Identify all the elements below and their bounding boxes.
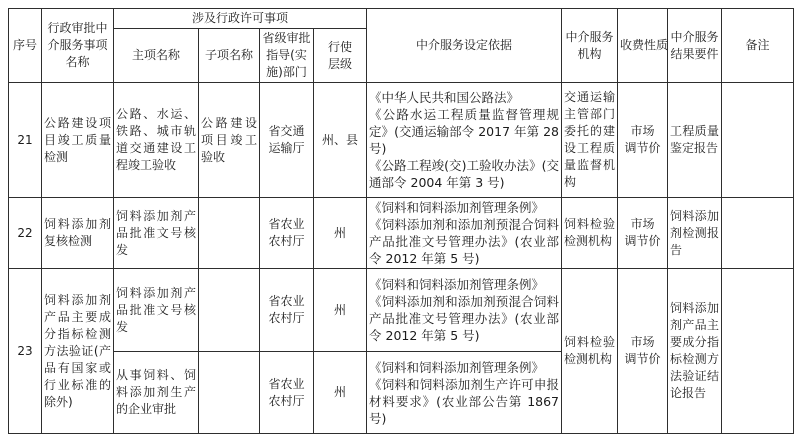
cell-level: 州 xyxy=(314,198,367,269)
cell-sub-item xyxy=(199,198,260,269)
basis-line: 《饲料添加剂和添加剂预混合饲料产品批准文号管理办法》(农业部令 2012 年第 … xyxy=(369,216,559,267)
col-header-main-item: 主项名称 xyxy=(114,29,199,83)
table-row-23a: 23 饲料添加剂产品主要成分指标检测方法验证(产品有国家或行业标准的除外) 饲料… xyxy=(9,269,794,352)
intermediary-services-table: 序号 行政审批中介服务事项名称 涉及行政许可事项 中介服务设定依据 中介服务机构… xyxy=(8,8,794,434)
cell-dept: 省农业 农村厅 xyxy=(260,352,314,434)
cell-basis: 《中华人民共和国公路法》 《公路水运工程质量监督管理规定》(交通运输部令 201… xyxy=(367,83,562,198)
col-header-provincial-dept: 省级审批指导(实施)部门 xyxy=(260,29,314,83)
cell-basis: 《饲料和饲料添加剂管理条例》 《饲料添加剂和添加剂预混合饲料产品批准文号管理办法… xyxy=(367,269,562,352)
table-row-21: 21 公路建设项目竣工质量检测 公路、水运、铁路、城市轨道交通建设工程竣工验收 … xyxy=(9,83,794,198)
basis-line: 《饲料和饲料添加剂管理条例》 xyxy=(369,199,559,216)
cell-sub-item xyxy=(199,269,260,352)
cell-remark xyxy=(722,269,794,434)
table-row-22: 22 饲料添加剂复核检测 饲料添加剂产品批准文号核发 省农业 农村厅 州 《饲料… xyxy=(9,198,794,269)
cell-sub-item xyxy=(199,352,260,434)
col-header-result: 中介服务结果要件 xyxy=(668,9,722,83)
col-header-remark: 备注 xyxy=(722,9,794,83)
basis-line: 《公路水运工程质量监督管理规定》(交通运输部令 2017 年第 28 号) xyxy=(369,106,559,157)
col-header-basis: 中介服务设定依据 xyxy=(367,9,562,83)
cell-fee: 市场 调节价 xyxy=(618,83,668,198)
col-header-agency: 中介服务机构 xyxy=(562,9,618,83)
cell-basis: 《饲料和饲料添加剂管理条例》 《饲料添加剂和添加剂预混合饲料产品批准文号管理办法… xyxy=(367,198,562,269)
cell-main-item: 饲料添加剂产品批准文号核发 xyxy=(114,269,199,352)
col-header-licensing-group: 涉及行政许可事项 xyxy=(114,9,367,29)
basis-line: 《公路工程竣(交)工验收办法》(交通部令 2004 年第 3 号) xyxy=(369,157,559,191)
cell-level: 州 xyxy=(314,352,367,434)
col-header-serial: 序号 xyxy=(9,9,42,83)
cell-main-item: 饲料添加剂产品批准文号核发 xyxy=(114,198,199,269)
basis-line: 《中华人民共和国公路法》 xyxy=(369,89,559,106)
cell-service-name: 饲料添加剂复核检测 xyxy=(42,198,114,269)
col-header-exercise-level: 行使 层级 xyxy=(314,29,367,83)
cell-basis: 《饲料和饲料添加剂管理条例》 《饲料和饲料添加剂生产许可申报材料要求》(农业部公… xyxy=(367,352,562,434)
cell-service-name: 公路建设项目竣工质量检测 xyxy=(42,83,114,198)
basis-line: 《饲料和饲料添加剂生产许可申报材料要求》(农业部公告第 1867 号) xyxy=(369,376,559,427)
col-header-service-name: 行政审批中介服务事项名称 xyxy=(42,9,114,83)
cell-main-item: 从事饲料、饲料添加剂生产的企业审批 xyxy=(114,352,199,434)
cell-serial: 23 xyxy=(9,269,42,434)
cell-serial: 21 xyxy=(9,83,42,198)
cell-sub-item: 公路建设项目竣工验收 xyxy=(199,83,260,198)
cell-remark xyxy=(722,83,794,198)
col-header-sub-item: 子项名称 xyxy=(199,29,260,83)
header-row-group: 序号 行政审批中介服务事项名称 涉及行政许可事项 中介服务设定依据 中介服务机构… xyxy=(9,9,794,29)
cell-serial: 22 xyxy=(9,198,42,269)
cell-agency: 交通运输主管部门委托的建设工程质量监督机构 xyxy=(562,83,618,198)
basis-line: 《饲料和饲料添加剂管理条例》 xyxy=(369,276,559,293)
cell-level: 州 xyxy=(314,269,367,352)
basis-line: 《饲料和饲料添加剂管理条例》 xyxy=(369,359,559,376)
cell-agency: 饲料检验检测机构 xyxy=(562,198,618,269)
cell-dept: 省交通 运输厅 xyxy=(260,83,314,198)
cell-service-name: 饲料添加剂产品主要成分指标检测方法验证(产品有国家或行业标准的除外) xyxy=(42,269,114,434)
cell-level: 州、县 xyxy=(314,83,367,198)
basis-line: 《饲料添加剂和添加剂预混合饲料产品批准文号管理办法》(农业部令 2012 年第 … xyxy=(369,293,559,344)
col-header-fee-nature: 收费性质 xyxy=(618,9,668,83)
cell-result: 饲料添加剂产品主要成分指标检测方法验证结论报告 xyxy=(668,269,722,434)
cell-fee: 市场 调节价 xyxy=(618,269,668,434)
cell-agency: 饲料检验检测机构 xyxy=(562,269,618,434)
cell-remark xyxy=(722,198,794,269)
cell-result: 工程质量鉴定报告 xyxy=(668,83,722,198)
cell-dept: 省农业 农村厅 xyxy=(260,198,314,269)
cell-fee: 市场 调节价 xyxy=(618,198,668,269)
cell-dept: 省农业 农村厅 xyxy=(260,269,314,352)
cell-main-item: 公路、水运、铁路、城市轨道交通建设工程竣工验收 xyxy=(114,83,199,198)
cell-result: 饲料添加剂检测报告 xyxy=(668,198,722,269)
